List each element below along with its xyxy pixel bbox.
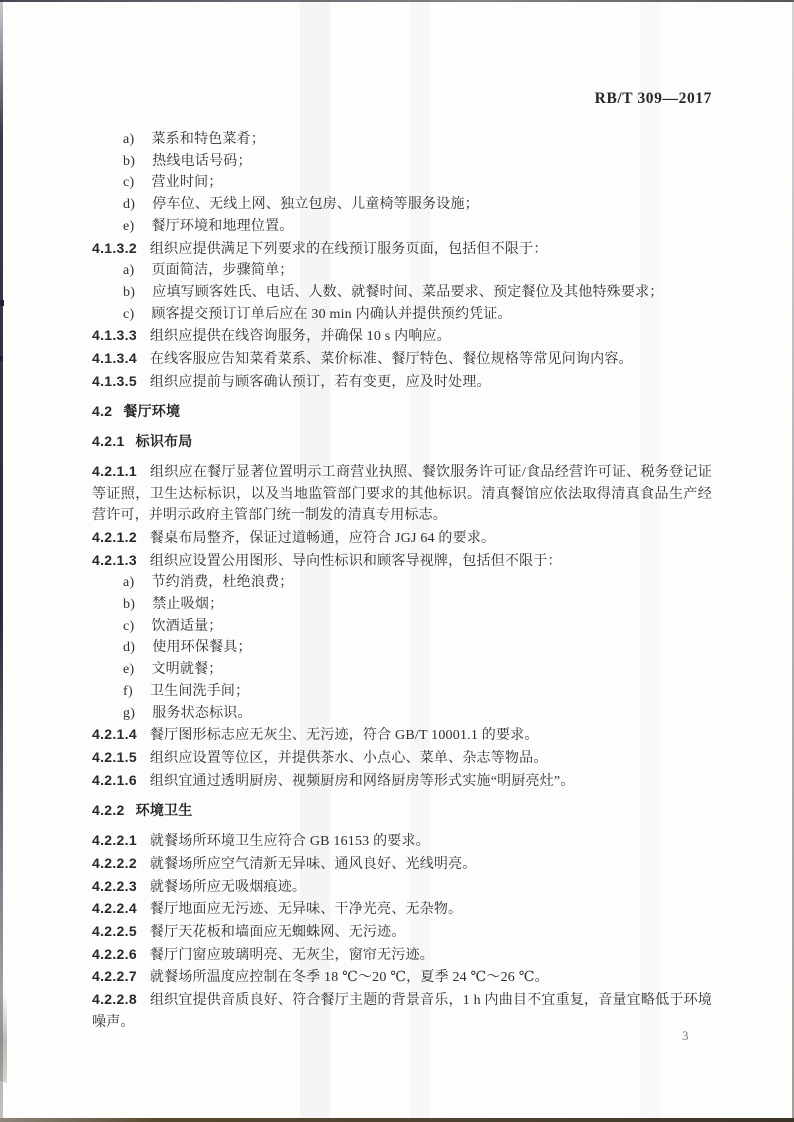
line-text: 标识布局	[136, 433, 193, 449]
document-lines: a)菜系和特色菜肴； b)热线电话号码； c)营业时间； d)停车位、无线上网、…	[92, 129, 712, 1033]
line-number: 4.2.2.5	[92, 921, 137, 943]
line-number: 4.2.2.6	[92, 944, 137, 966]
line-number: b)	[123, 594, 135, 616]
line-text: 停车位、无线上网、独立包房、儿童椅等服务设施；	[152, 197, 479, 212]
line-text: 餐厅地面应无污迹、无异味、干净光亮、无杂物。	[150, 902, 462, 917]
line-text: 饮酒适量；	[151, 619, 222, 634]
list-item-line: b)热线电话号码；	[92, 151, 712, 173]
line-text: 卫生间洗手间；	[150, 684, 249, 699]
line-number: g)	[123, 703, 135, 725]
line-text: 餐桌布局整齐，保证过道畅通，应符合 JGJ 64 的要求。	[150, 531, 495, 546]
list-item-line: c)顾客提交预订订单后应在 30 min 内确认并提供预约凭证。	[92, 304, 712, 326]
line-text: 组织应提供在线咨询服务，并确保 10 s 内响应。	[150, 329, 451, 344]
list-item-line: a)页面简洁，步骤简单；	[92, 260, 712, 282]
line-number: 4.2.2.4	[92, 898, 137, 920]
line-number: 4.1.3.2	[92, 238, 137, 260]
line-number: 4.2.2.7	[92, 966, 137, 988]
clause-line: 4.1.3.5组织应提前与顾客确认预订，若有变更，应及时处理。	[92, 371, 712, 394]
list-item-line: c)营业时间；	[92, 172, 712, 194]
line-number: d)	[123, 194, 135, 216]
line-text: 餐厅天花板和墙面应无蜘蛛网、无污迹。	[150, 925, 406, 940]
clause-line: 4.2.2.3就餐场所应无吸烟痕迹。	[92, 876, 712, 899]
section-heading: 4.2.2环境卫生	[92, 800, 712, 822]
line-text: 组织应设置公用图形、导向性标识和顾客导视牌，包括但不限于：	[150, 554, 562, 569]
clause-line: 4.2.2.6餐厅门窗应玻璃明亮、无灰尘，窗帘无污迹。	[92, 944, 712, 967]
line-number: c)	[123, 304, 134, 326]
list-item-line: g)服务状态标识。	[92, 703, 712, 725]
list-item-line: d)停车位、无线上网、独立包房、儿童椅等服务设施；	[92, 194, 712, 216]
clause-line: 4.2.2.1就餐场所环境卫生应符合 GB 16153 的要求。	[92, 830, 712, 853]
line-text: 在线客服应告知菜肴菜系、菜价标准、餐厅特色、餐位规格等常见问询内容。	[150, 352, 633, 367]
line-text: 组织应提前与顾客确认预订，若有变更，应及时处理。	[150, 375, 491, 390]
list-item-line: e)文明就餐；	[92, 659, 712, 681]
line-number: 4.1.3.3	[92, 325, 137, 347]
section-heading: 4.2餐厅环境	[92, 401, 712, 423]
line-number: d)	[123, 637, 135, 659]
line-number: b)	[123, 151, 135, 173]
line-text: 餐厅环境	[123, 403, 180, 419]
line-number: c)	[123, 616, 134, 638]
line-number: 4.2.1.6	[92, 770, 137, 792]
line-text: 文明就餐；	[151, 662, 222, 677]
line-number: 4.2.1.4	[92, 724, 137, 746]
line-text: 节约消费，杜绝浪费；	[151, 575, 293, 590]
line-text: 就餐场所环境卫生应符合 GB 16153 的要求。	[150, 834, 430, 849]
line-number: 4.2.2.8	[92, 989, 137, 1011]
line-text: 餐厅图形标志应无灰尘、无污迹，符合 GB/T 10001.1 的要求。	[150, 728, 539, 743]
clause-line: 4.2.1.5组织应设置等位区，并提供茶水、小点心、菜单、杂志等物品。	[92, 747, 712, 770]
scan-smudge	[0, 991, 7, 1083]
line-text: 禁止吸烟；	[152, 597, 223, 612]
line-number: f)	[123, 681, 133, 703]
line-number: 4.2	[92, 401, 112, 423]
line-number: 4.2.1.3	[92, 550, 137, 572]
clause-line: 4.1.3.3组织应提供在线咨询服务，并确保 10 s 内响应。	[92, 325, 712, 348]
line-number: 4.2.2.1	[92, 830, 137, 852]
line-text: 菜系和特色菜肴；	[151, 132, 265, 147]
line-number: a)	[123, 260, 134, 282]
clause-line: 4.2.1.2餐桌布局整齐，保证过道畅通，应符合 JGJ 64 的要求。	[92, 527, 712, 550]
clause-line: 4.2.2.4餐厅地面应无污迹、无异味、干净光亮、无杂物。	[92, 898, 712, 921]
clause-line: 4.2.1.4餐厅图形标志应无灰尘、无污迹，符合 GB/T 10001.1 的要…	[92, 724, 712, 747]
line-text: 就餐场所温度应控制在冬季 18 ℃～20 ℃，夏季 24 ℃～26 ℃。	[150, 970, 549, 985]
line-text: 就餐场所应空气清新无异味、通风良好、光线明亮。	[150, 857, 477, 872]
line-text: 服务状态标识。	[152, 706, 251, 721]
clause-line: 4.2.2.5餐厅天花板和墙面应无蜘蛛网、无污迹。	[92, 921, 712, 944]
clause-line: 4.1.3.2组织应提供满足下列要求的在线预订服务页面，包括但不限于：	[92, 238, 712, 261]
scan-speck	[0, 300, 4, 306]
scan-speck	[0, 356, 3, 361]
line-number: 4.1.3.4	[92, 348, 137, 370]
line-number: 4.2.2.3	[92, 876, 137, 898]
line-text: 热线电话号码；	[152, 154, 251, 169]
line-number: 4.2.2	[92, 800, 125, 822]
line-text: 环境卫生	[136, 802, 193, 818]
clause-line: 4.2.2.2就餐场所应空气清新无异味、通风良好、光线明亮。	[92, 853, 712, 876]
line-number: e)	[123, 659, 134, 681]
clause-line: 4.2.1.6组织宜通过透明厨房、视频厨房和网络厨房等形式实施“明厨亮灶”。	[92, 770, 712, 793]
line-text: 组织应提供满足下列要求的在线预订服务页面，包括但不限于：	[150, 242, 548, 257]
line-text: 使用环保餐具；	[152, 640, 251, 655]
line-text: 组织应设置等位区，并提供茶水、小点心、菜单、杂志等物品。	[150, 751, 548, 766]
list-item-line: b)禁止吸烟；	[92, 594, 712, 616]
clause-line: 4.2.1.1组织应在餐厅显著位置明示工商营业执照、餐饮服务许可证/食品经营许可…	[92, 461, 712, 527]
line-text: 顾客提交预订订单后应在 30 min 内确认并提供预约凭证。	[151, 307, 511, 322]
section-heading: 4.2.1标识布局	[92, 431, 712, 453]
line-number: c)	[123, 172, 134, 194]
line-number: 4.2.1.2	[92, 527, 137, 549]
line-number: a)	[123, 129, 134, 151]
line-text: 组织应在餐厅显著位置明示工商营业执照、餐饮服务许可证/食品经营许可证、税务登记证…	[92, 465, 712, 523]
clause-line: 4.2.2.7就餐场所温度应控制在冬季 18 ℃～20 ℃，夏季 24 ℃～26…	[92, 966, 712, 989]
clause-line: 4.2.2.8组织宜提供音质良好、符合餐厅主题的背景音乐，1 h 内曲目不宜重复…	[92, 989, 712, 1033]
line-text: 应填写顾客姓氏、电话、人数、就餐时间、菜品要求、预定餐位及其他特殊要求；	[152, 285, 663, 300]
clause-line: 4.1.3.4在线客服应告知菜肴菜系、菜价标准、餐厅特色、餐位规格等常见问询内容…	[92, 348, 712, 371]
list-item-line: a)菜系和特色菜肴；	[92, 129, 712, 151]
scan-edge-top	[0, 0, 794, 2]
list-item-line: f)卫生间洗手间；	[92, 681, 712, 703]
line-number: 4.2.1.5	[92, 747, 137, 769]
scan-edge-bottom	[0, 1118, 794, 1122]
list-item-line: e)餐厅环境和地理位置。	[92, 216, 712, 238]
line-number: 4.2.1.1	[92, 461, 137, 483]
line-number: b)	[123, 282, 135, 304]
page-number: 3	[682, 1028, 689, 1044]
line-text: 组织宜提供音质良好、符合餐厅主题的背景音乐，1 h 内曲目不宜重复，音量宜略低于…	[92, 993, 712, 1030]
line-number: 4.1.3.5	[92, 371, 137, 393]
scanned-document-page: RB/T 309—2017 a)菜系和特色菜肴； b)热线电话号码； c)营业时…	[0, 0, 794, 1122]
list-item-line: d)使用环保餐具；	[92, 637, 712, 659]
line-number: 4.2.1	[92, 431, 125, 453]
clause-line: 4.2.1.3组织应设置公用图形、导向性标识和顾客导视牌，包括但不限于：	[92, 550, 712, 573]
line-number: 4.2.2.2	[92, 853, 137, 875]
line-text: 页面简洁，步骤简单；	[151, 263, 293, 278]
list-item-line: a)节约消费，杜绝浪费；	[92, 572, 712, 594]
line-text: 组织宜通过透明厨房、视频厨房和网络厨房等形式实施“明厨亮灶”。	[150, 774, 575, 789]
line-text: 营业时间；	[151, 175, 222, 190]
standard-number-header: RB/T 309—2017	[92, 90, 712, 108]
line-text: 就餐场所应无吸烟痕迹。	[150, 880, 306, 895]
line-number: a)	[123, 572, 134, 594]
document-content: RB/T 309—2017 a)菜系和特色菜肴； b)热线电话号码； c)营业时…	[92, 90, 712, 1033]
scan-edge-left	[0, 0, 3, 1122]
list-item-line: c)饮酒适量；	[92, 616, 712, 638]
line-number: e)	[123, 216, 134, 238]
line-text: 餐厅环境和地理位置。	[151, 219, 293, 234]
list-item-line: b)应填写顾客姓氏、电话、人数、就餐时间、菜品要求、预定餐位及其他特殊要求；	[92, 282, 712, 304]
line-text: 餐厅门窗应玻璃明亮、无灰尘，窗帘无污迹。	[150, 948, 434, 963]
